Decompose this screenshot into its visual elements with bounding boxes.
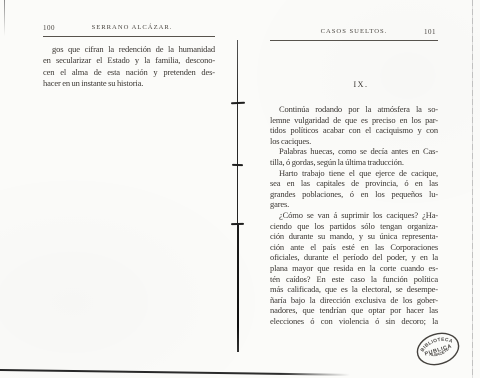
- paragraph: Harto trabajo tiene el que ejerce de cac…: [270, 168, 438, 210]
- paragraph: gos que cifran la redención de la humani…: [43, 44, 215, 89]
- paragraph: ¿Cómo se van á suprimir los caciques? ¿H…: [270, 210, 438, 327]
- text-line: plana mayor que resida en la corte cuand…: [270, 263, 438, 274]
- left-page: 100 SERRANO ALCÁZAR. gos que cifran la r…: [43, 24, 215, 89]
- right-header-rule: [270, 40, 438, 41]
- page-bottom-edge-shadow: [0, 369, 350, 376]
- text-line: tén caídos? En este caso la función polí…: [270, 274, 438, 285]
- right-body-text: Continúa rodando por la atmósfera la so-…: [270, 104, 438, 326]
- text-line: tilla, ó gordas, según la última traducc…: [270, 157, 438, 168]
- paragraph: Continúa rodando por la atmósfera la so-…: [270, 104, 438, 146]
- right-running-header: CASOS SUELTOS. 101: [270, 28, 438, 38]
- binding-stitch-mark: [231, 102, 245, 104]
- text-line: elecciones ó con violencia ó sin decoro;…: [270, 316, 438, 327]
- text-line: tidos políticos acabar con el caciquismo…: [270, 125, 438, 136]
- scanned-book-spread: 100 SERRANO ALCÁZAR. gos que cifran la r…: [0, 0, 480, 378]
- text-line: grandes poblaciones, ó en los pequeños l…: [270, 189, 438, 200]
- text-line: Continúa rodando por la atmósfera la so-: [270, 104, 438, 115]
- left-page-number: 100: [43, 24, 55, 32]
- text-line: ¿Cómo se van á suprimir los caciques? ¿H…: [270, 210, 438, 221]
- text-line: nadores, que tendrían que optar por hace…: [270, 305, 438, 316]
- right-page: CASOS SUELTOS. 101 IX. Continúa rodando …: [270, 28, 438, 326]
- left-header-rule: [43, 36, 215, 37]
- gutter-binding-line-lower: [237, 225, 240, 352]
- text-line: los caciques.: [270, 136, 438, 147]
- text-line: Harto trabajo tiene el que ejerce de cac…: [270, 168, 438, 179]
- section-heading: IX.: [270, 80, 438, 89]
- text-line: ción durante su mando, y su única repres…: [270, 231, 438, 242]
- text-line: lemne vulgaridad de que es preciso en lo…: [270, 115, 438, 126]
- binding-stitch-mark: [231, 223, 244, 225]
- binding-stitch-mark: [232, 164, 243, 166]
- text-line: Palabras huecas, como se decía antes en …: [270, 146, 438, 157]
- text-line: ñaría bajo la dirección exclusiva de los…: [270, 295, 438, 306]
- scan-right-edge-line: [472, 0, 473, 378]
- text-line: sea en las capitales de provincia, ó en …: [270, 178, 438, 189]
- scan-left-edge-line: [4, 0, 5, 36]
- right-page-number: 101: [424, 28, 436, 36]
- text-line: cen el alma de esta nación y pretenden d…: [43, 67, 215, 78]
- left-header-title: SERRANO ALCÁZAR.: [43, 24, 215, 31]
- text-line: más calificada, que es la electoral, se …: [270, 284, 438, 295]
- right-header-title: CASOS SUELTOS.: [270, 28, 438, 35]
- text-line: oficiales, durante el período del poder,…: [270, 252, 438, 263]
- text-line: ciendo que los partidos sólo tengan orga…: [270, 221, 438, 232]
- text-line: gos que cifran la redención de la humani…: [43, 44, 215, 55]
- text-line: hacer en un instante su historia.: [43, 78, 215, 89]
- library-stamp: BIBLIOTECA PUBLICA ALBACETE: [408, 323, 468, 376]
- gutter-binding-line: [237, 40, 238, 225]
- text-line: en secularizar el Estado y la familia, d…: [43, 55, 215, 66]
- text-line: ción ante el país esté en las Corporacio…: [270, 242, 438, 253]
- left-body-text: gos que cifran la redención de la humani…: [43, 44, 215, 89]
- text-line: gares.: [270, 199, 438, 210]
- left-running-header: 100 SERRANO ALCÁZAR.: [43, 24, 215, 34]
- paragraph: Palabras huecas, como se decía antes en …: [270, 146, 438, 167]
